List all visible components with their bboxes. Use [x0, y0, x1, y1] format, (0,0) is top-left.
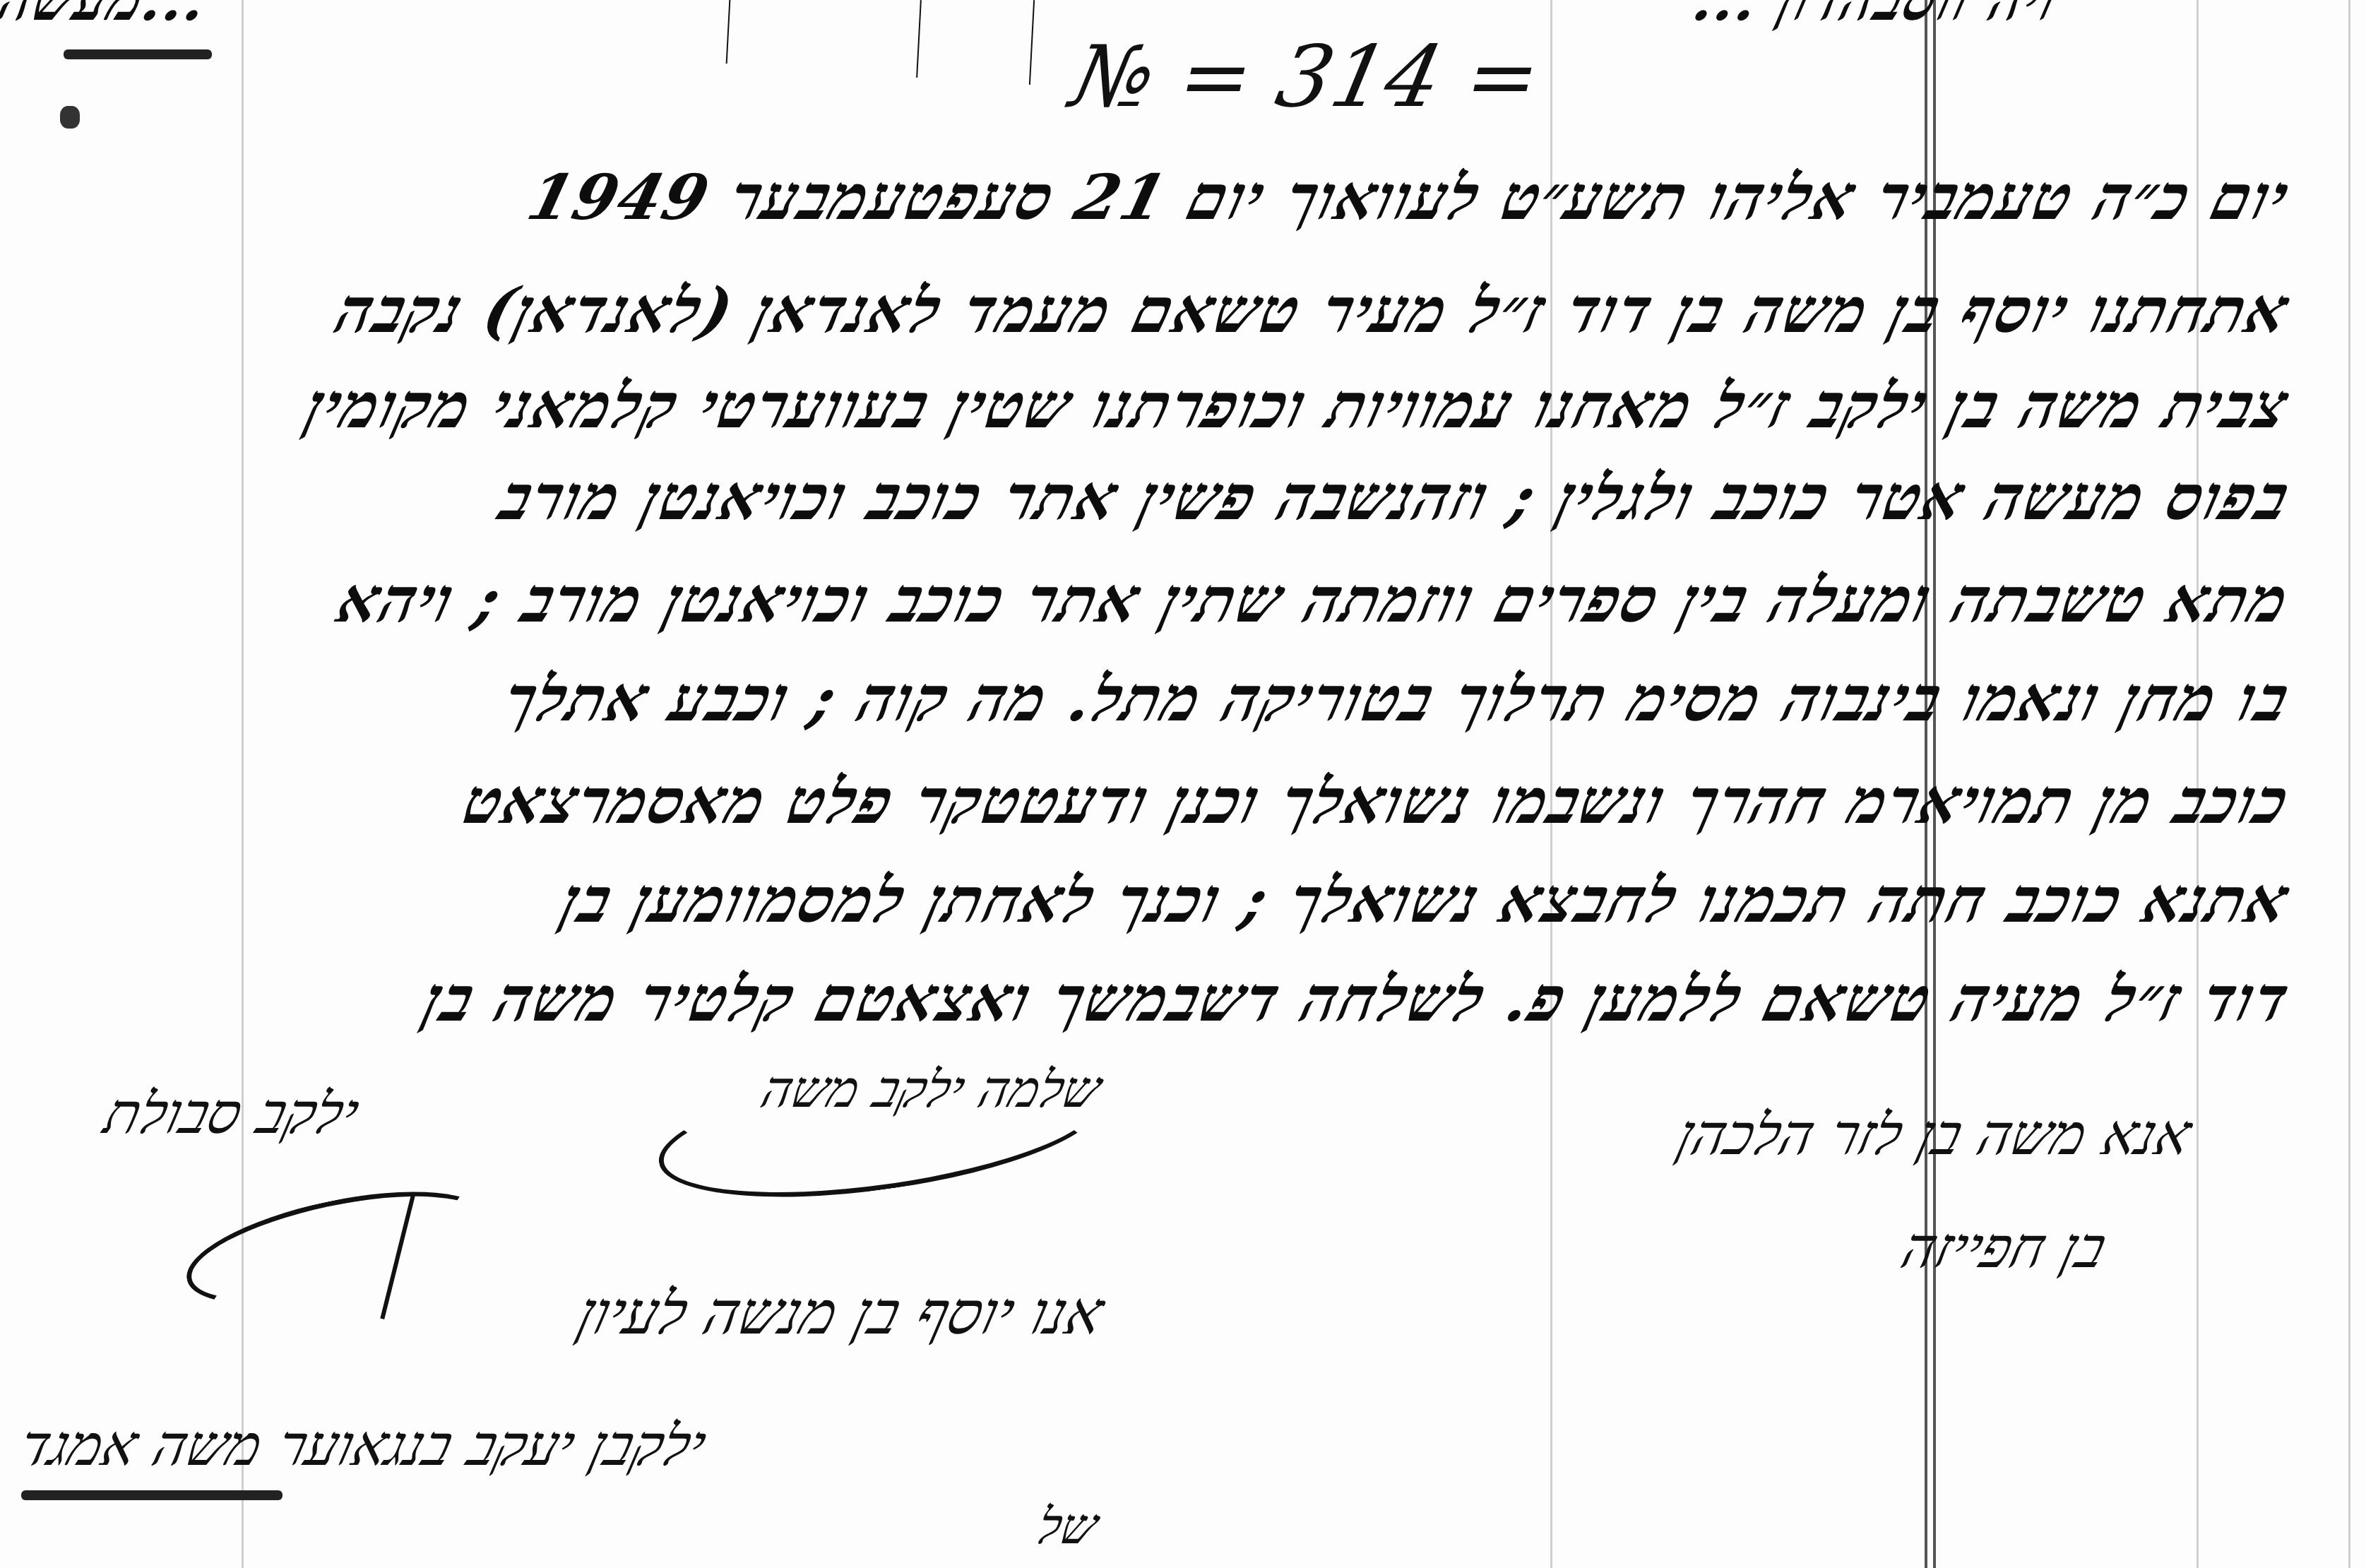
top-cut-text-right: ויה ווסבהדון ...	[1688, 0, 2064, 28]
text-line-2: אתחתנו יוסף בן משה בן דוד ז״ל מעיר טשאם …	[330, 279, 2296, 341]
text-line-9: דוד ז״ל מעיה טשאם ללמען פ. לשלחה דשבמשך …	[417, 968, 2296, 1030]
text-line-1: יום כ״ה טעמביר אליהו תשע״ט לעוואוך יום 2…	[522, 166, 2296, 228]
top-cut-text-left: ...מעשה	[0, 0, 214, 28]
ruled-line	[242, 0, 244, 1568]
pen-stroke	[916, 0, 922, 78]
ruled-line	[2348, 0, 2350, 1568]
text-line-8: אתנא כוכב חתה תכמנו לחבצא נשואלך ; וכנך …	[555, 869, 2296, 931]
bottom-underline	[21, 1490, 283, 1500]
pen-stroke	[1029, 0, 1035, 85]
document-page: ...מעשה ויה ווסבהדון ... № = 314 = יום כ…	[0, 0, 2366, 1568]
number-symbol: №	[1063, 28, 1164, 126]
text-line-4: בפוס מעשה אטר כוכב ולגלין ; וזהנשבה פשין…	[494, 466, 2296, 528]
signer-right-line-1: אנא משה בן לזר הלכהן	[1670, 1102, 2198, 1168]
text-line-5: מתא טשבתה ומעלה בין ספרים ווזמתה שתין את…	[332, 569, 2296, 631]
signer-bottom-left: ילקבן יעקב בנגאוער משה אמגד	[13, 1413, 713, 1479]
witness-left-name: ילקב סבולת	[97, 1081, 365, 1147]
signature-scrawl-left	[177, 1170, 497, 1326]
document-number: № = 314 =	[1063, 28, 1549, 126]
bottom-initials: של	[1031, 1497, 1104, 1556]
text-line-3: צבית משה בן ילקב ז״ל מאחנו עמוויות וכופר…	[299, 374, 2296, 436]
number-value: = 314 =	[1170, 28, 1549, 126]
pen-stroke	[726, 0, 731, 64]
signer-center-bottom: אנו יוסף בן מנשה לעיון	[571, 1278, 1111, 1348]
ink-blot	[60, 106, 80, 129]
top-underline	[64, 49, 212, 59]
text-line-7: כוכב מן תמויארמ חהרך ונשבמו נשואלך וכנן …	[457, 770, 2296, 832]
signer-right-line-2: בן חפייזה	[1896, 1215, 2113, 1281]
text-line-6: בו מחן ונאמו בינבוה מסימ תרלוך בטוריקה מ…	[498, 667, 2296, 730]
